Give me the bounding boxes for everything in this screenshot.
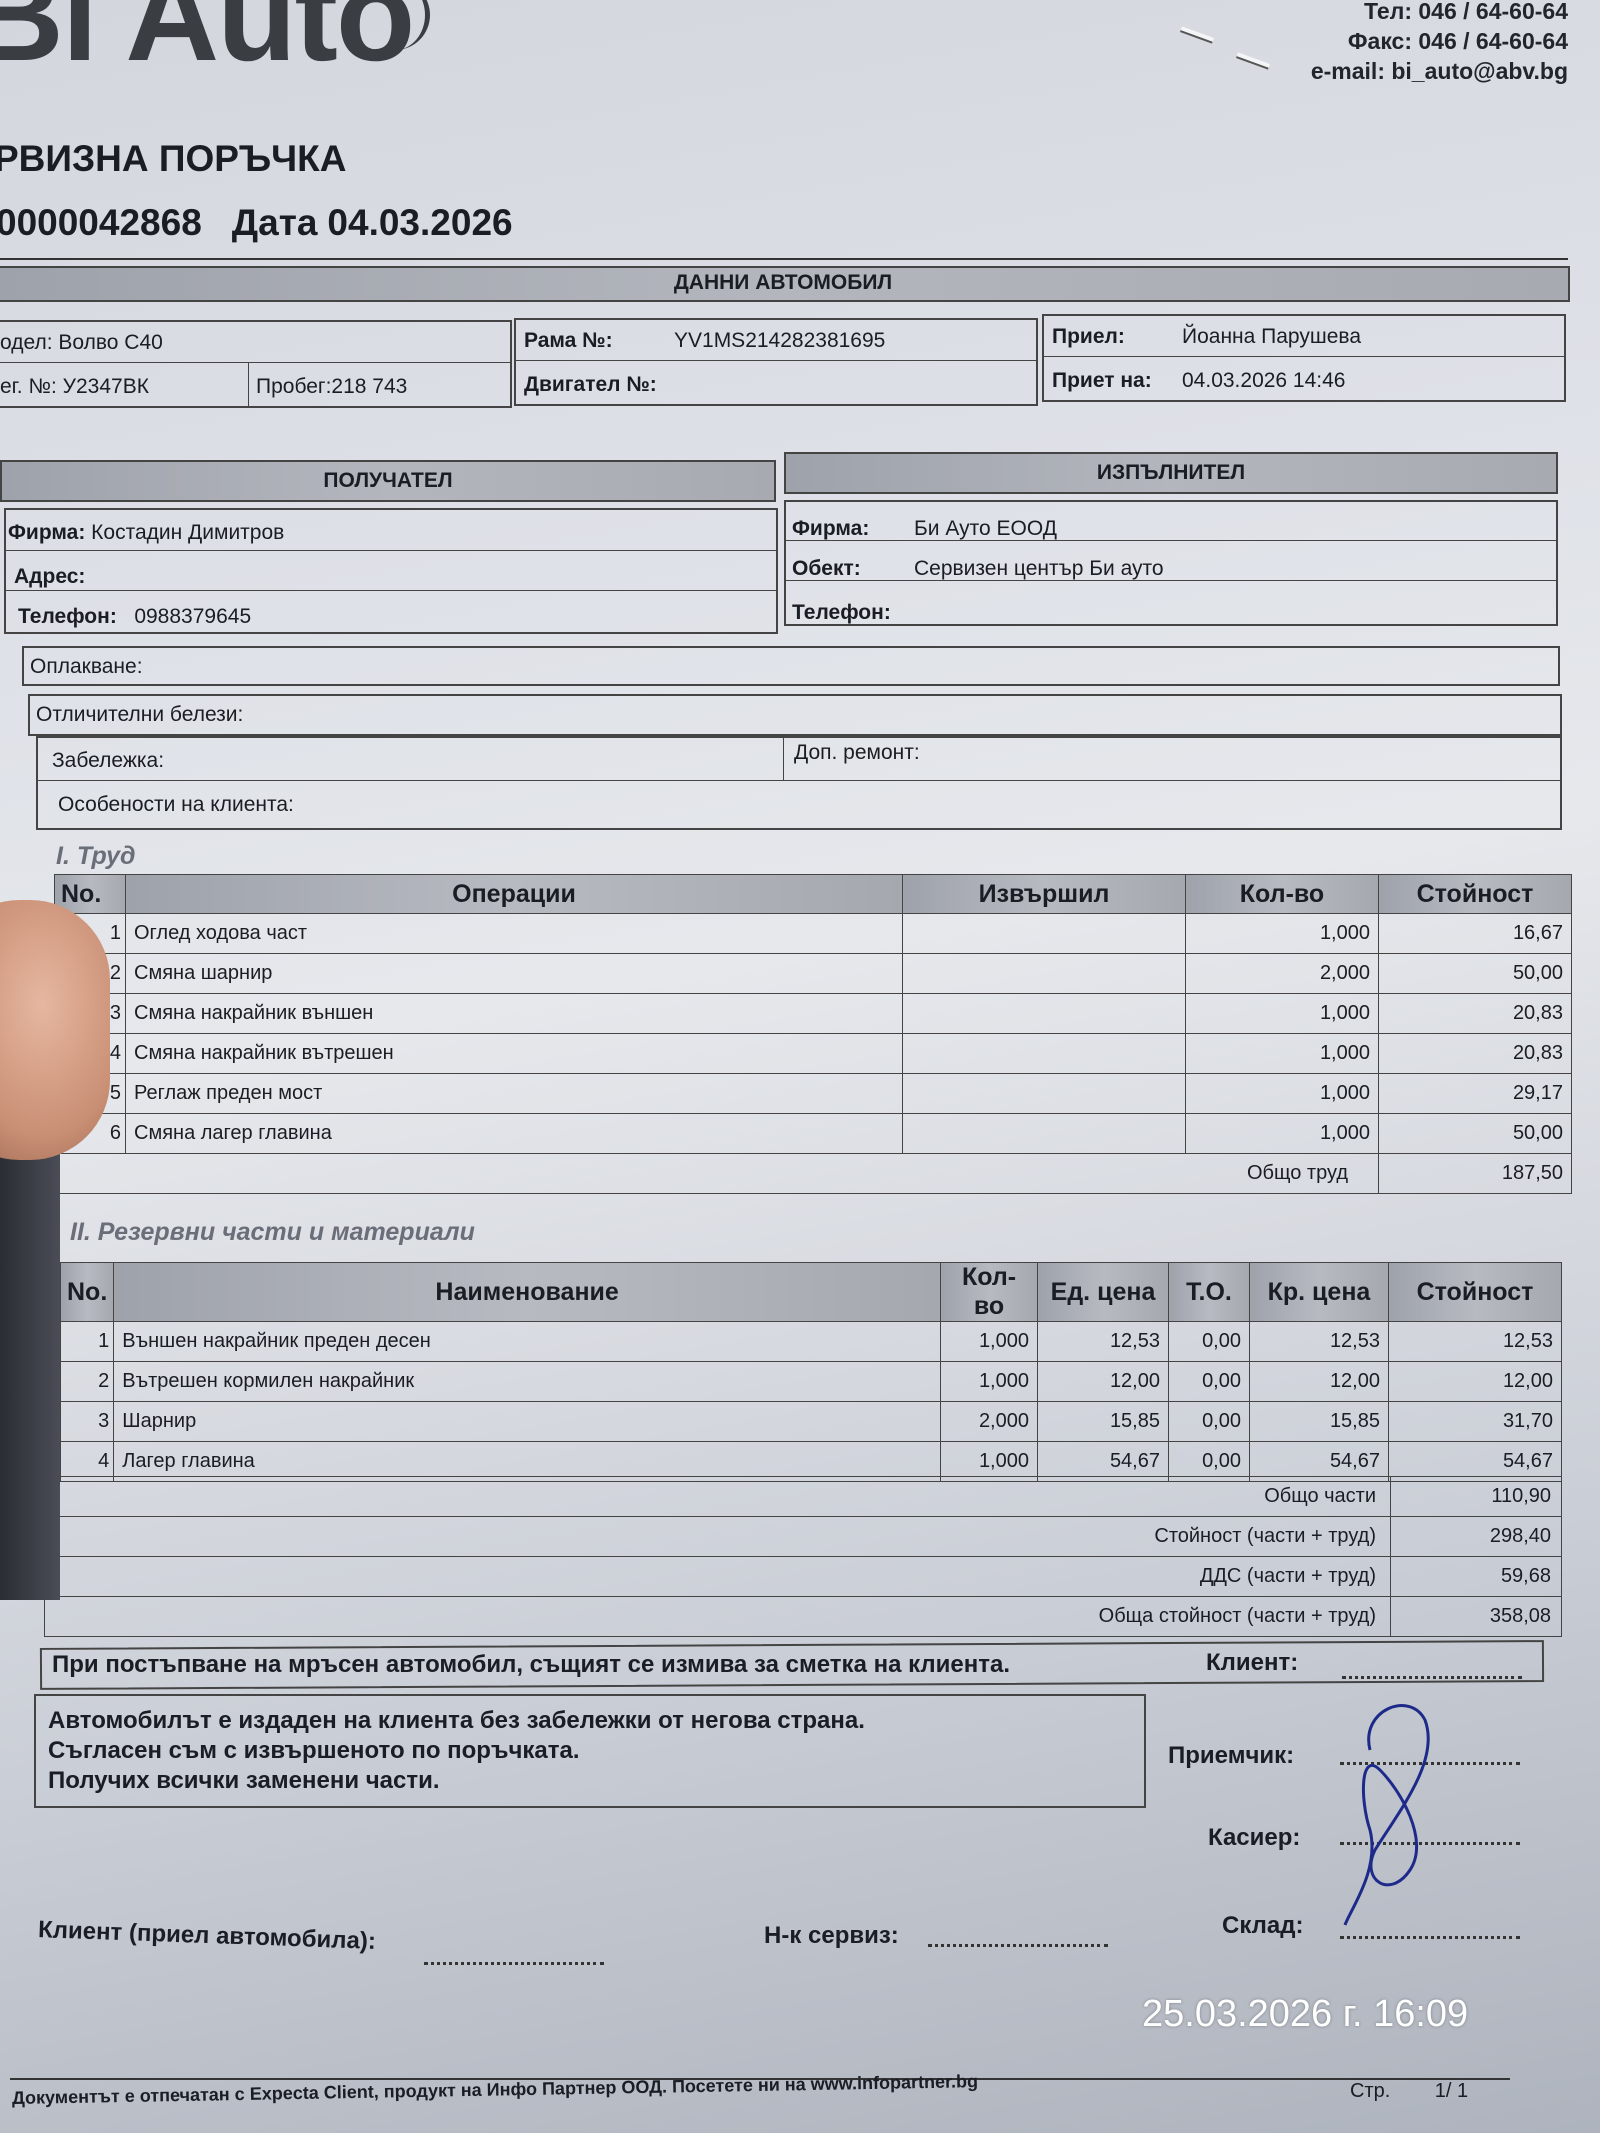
col-final-price: Кр. цена [1250,1263,1389,1322]
contractor-box [784,500,1558,626]
divider [784,580,1556,581]
vin-label: Рама №: [524,324,613,358]
row-discount: 0,00 [1169,1402,1250,1442]
marks-box [28,694,1562,736]
labor-row: 6Смяна лагер главина1,00050,00 [55,1114,1572,1154]
date-label: Дата [232,202,318,243]
col-performed-by: Извършил [903,875,1186,914]
labor-section-title: I. Труд [56,842,135,871]
recipient-company-field: Фирма: Костадин Димитров [8,516,284,550]
summary-value: 59,68 [1390,1557,1561,1596]
row-discount: 0,00 [1169,1322,1250,1362]
row-unit-price: 12,53 [1038,1322,1169,1362]
recipient-address-field: Адрес: [14,560,85,594]
divider [514,360,1036,361]
extra-repair-label: Доп. ремонт: [794,736,920,770]
contractor-site: Сервизен център Би ауто [914,552,1164,586]
row-value: 50,00 [1379,1114,1572,1154]
col-operations: Операции [126,875,903,914]
row-performed-by [903,1074,1186,1114]
received-at-label: Приет на: [1052,364,1152,398]
row-no: 2 [61,1362,114,1402]
divider [0,362,510,363]
received-by-value: Йоанна Парушева [1182,320,1361,354]
mileage-field: Пробег:218 743 [256,370,407,404]
row-performed-by [903,994,1186,1034]
contractor-phone-label: Телефон: [792,596,891,630]
dirty-car-notice: При постъпване на мръсен автомобил, същи… [52,1648,1010,1682]
company-logo: Bi Auto [0,0,413,90]
parts-row: 3Шарнир2,00015,850,0015,8531,70 [61,1402,1562,1442]
footer-printed-by: Документът е отпечатан с Expecta Client,… [12,2071,978,2109]
row-value: 20,83 [1379,1034,1572,1074]
row-unit-price: 15,85 [1038,1402,1169,1442]
contact-email: e-mail: bi_auto@abv.bg [1311,56,1568,86]
row-qty: 1,000 [1186,914,1379,954]
labor-row: 5Реглаж преден мост1,00029,17 [55,1074,1572,1114]
row-performed-by [903,914,1186,954]
release-line: Автомобилът е издаден на клиента без заб… [48,1706,865,1736]
labor-row: 2Смяна шарнир2,00050,00 [55,954,1572,994]
summary-label: ДДС (части + труд) [45,1565,1390,1588]
parts-table: No. Наименование Кол-во Ед. цена Т.О. Кр… [60,1262,1562,1482]
reg-field: ег. №: У2347ВК [0,370,149,404]
client-received-label: Клиент (приел автомобила): [38,1916,377,1956]
row-final-price: 15,85 [1250,1402,1389,1442]
photo-timestamp: 25.03.2026 г. 16:09 [1142,1993,1468,2036]
model-value: Волво С40 [58,331,162,354]
row-value: 20,83 [1379,994,1572,1034]
client-signature-line[interactable] [1342,1666,1522,1679]
vehicle-section-header: ДАННИ АВТОМОБИЛ [0,266,1570,302]
order-number: 0000042868 [0,202,202,243]
labor-row: 4Смяна накрайник вътрешен1,00020,83 [55,1034,1572,1074]
page-number: 1/ 1 [1435,2080,1468,2102]
document-title: РВИЗНА ПОРЪЧКА [0,138,346,180]
reg-value: У2347ВК [63,375,149,398]
divider [4,550,776,551]
service-head-signature-line[interactable] [928,1934,1108,1947]
labor-row: 3Смяна накрайник външен1,00020,83 [55,994,1572,1034]
row-operation: Смяна накрайник външен [126,994,903,1034]
row-final-price: 12,00 [1250,1362,1389,1402]
divider [248,362,249,406]
row-qty: 1,000 [1186,1114,1379,1154]
contractor-site-label: Обект: [792,552,861,586]
summary-label: Обща стойност (части + труд) [45,1605,1390,1628]
cashier-label: Касиер: [1208,1824,1300,1852]
row-name: Вътрешен кормилен накрайник [114,1362,941,1402]
col-name: Наименование [114,1263,941,1322]
row-qty: 2,000 [941,1402,1038,1442]
staple-icon [1180,26,1214,43]
logo-arc-icon [395,0,430,50]
divider [1042,356,1564,357]
release-line: Получих всички заменени части. [48,1766,865,1796]
recipient-phone: 0988379645 [134,605,251,628]
staple-icon [1236,52,1270,69]
row-performed-by [903,1114,1186,1154]
labor-total-row: Общо труд187,50 [55,1154,1572,1194]
col-value: Стойност [1379,875,1572,914]
row-name: Външен накрайник преден десен [114,1322,941,1362]
page-indicator: Стр. 1/ 1 [1350,2080,1468,2103]
background-edge [0,1140,60,1600]
contractor-company: Би Ауто ЕООД [914,512,1057,546]
order-number-line: 0000042868Дата04.03.2026 [0,202,543,244]
labor-row: 1Оглед ходова част1,00016,67 [55,914,1572,954]
contractor-company-label: Фирма: [792,512,869,546]
row-operation: Смяна шарнир [126,954,903,994]
row-value: 12,53 [1389,1322,1562,1362]
row-value: 50,00 [1379,954,1572,994]
row-qty: 1,000 [1186,994,1379,1034]
row-qty: 1,000 [1186,1074,1379,1114]
row-qty: 1,000 [941,1362,1038,1402]
remark-label: Забележка: [52,744,164,778]
recipient-section-header: ПОЛУЧАТЕЛ [0,460,776,502]
mileage-value: 218 743 [331,375,407,398]
client-specifics-label: Особености на клиента: [58,788,294,822]
row-name: Шарнир [114,1402,941,1442]
row-operation: Оглед ходова част [126,914,903,954]
row-unit-price: 12,00 [1038,1362,1169,1402]
parts-section-title: II. Резервни части и материали [70,1218,475,1247]
handwritten-signature [1330,1700,1480,1930]
col-value: Стойност [1389,1263,1562,1322]
contact-fax: Факс: 046 / 64-60-64 [1311,26,1568,56]
recipient-phone-field: Телефон: 0988379645 [18,600,251,634]
row-operation: Смяна накрайник вътрешен [126,1034,903,1074]
row-final-price: 12,53 [1250,1322,1389,1362]
summary-row: Общо части110,90 [44,1476,1562,1517]
col-no: No. [61,1263,114,1322]
col-discount: Т.О. [1169,1263,1250,1322]
summary-label: Общо части [45,1485,1390,1508]
engine-label: Двигател №: [524,368,657,402]
row-qty: 1,000 [941,1322,1038,1362]
summary-label: Стойност (части + труд) [45,1525,1390,1548]
warehouse-label: Склад: [1222,1912,1303,1940]
row-value: 16,67 [1379,914,1572,954]
row-operation: Смяна лагер главина [126,1114,903,1154]
order-date: 04.03.2026 [327,202,512,243]
release-line: Съгласен съм с извършеното по поръчката. [48,1736,865,1766]
contact-phone: Тел: 046 / 64-60-64 [1311,0,1568,26]
received-by-label: Приел: [1052,320,1125,354]
divider [783,736,784,780]
col-qty: Кол-во [941,1263,1038,1322]
contact-block: Тел: 046 / 64-60-64 Факс: 046 / 64-60-64… [1311,0,1568,86]
client-received-signature-line[interactable] [424,1952,604,1965]
row-qty: 2,000 [1186,954,1379,994]
release-statement: Автомобилът е издаден на клиента без заб… [48,1706,865,1796]
marks-label: Отличителни белези: [36,698,243,732]
service-order-document: Bi Auto Тел: 046 / 64-60-64 Факс: 046 / … [0,0,1600,2133]
summary-value: 110,90 [1390,1477,1561,1516]
row-value: 31,70 [1389,1402,1562,1442]
thumb-holding-paper [0,900,110,1160]
summary-row: Стойност (части + труд)298,40 [44,1517,1562,1557]
totals-summary: Общо части110,90Стойност (части + труд)2… [44,1476,1562,1637]
row-no: 3 [61,1402,114,1442]
model-field: одел: Волво С40 [0,326,163,360]
contractor-section-header: ИЗПЪЛНИТЕЛ [784,452,1558,494]
row-performed-by [903,954,1186,994]
labor-table: No. Операции Извършил Кол-во Стойност 1О… [54,874,1572,1194]
row-performed-by [903,1034,1186,1074]
col-qty: Кол-во [1186,875,1379,914]
complaint-box [22,646,1560,686]
row-no: 1 [61,1322,114,1362]
labor-total-value: 187,50 [1379,1154,1572,1194]
summary-value: 298,40 [1390,1517,1561,1556]
col-unit-price: Ед. цена [1038,1263,1169,1322]
labor-total-label: Общо труд [55,1154,1379,1194]
client-label: Клиент: [1206,1646,1298,1680]
vin-value: YV1MS214282381695 [674,324,885,358]
complaint-label: Оплакване: [30,650,143,684]
page-label: Стр. [1350,2080,1390,2102]
parts-row: 1Външен накрайник преден десен1,00012,53… [61,1322,1562,1362]
mileage-label: Пробег: [256,375,331,398]
received-at-value: 04.03.2026 14:46 [1182,364,1346,398]
summary-value: 358,08 [1390,1597,1561,1636]
divider [0,258,1568,260]
recipient-company: Костадин Димитров [91,521,284,544]
divider [784,540,1556,541]
row-discount: 0,00 [1169,1362,1250,1402]
row-value: 12,00 [1389,1362,1562,1402]
parts-row: 2Вътрешен кормилен накрайник1,00012,000,… [61,1362,1562,1402]
row-operation: Реглаж преден мост [126,1074,903,1114]
model-label: одел: [0,331,53,354]
divider [6,590,776,591]
receiver-label: Приемчик: [1168,1742,1294,1770]
row-qty: 1,000 [1186,1034,1379,1074]
row-value: 29,17 [1379,1074,1572,1114]
summary-row: Обща стойност (части + труд)358,08 [44,1597,1562,1637]
divider [36,780,1560,781]
summary-row: ДДС (части + труд)59,68 [44,1557,1562,1597]
reg-label: ег. №: [0,375,57,398]
service-head-label: Н-к сервиз: [764,1922,899,1950]
